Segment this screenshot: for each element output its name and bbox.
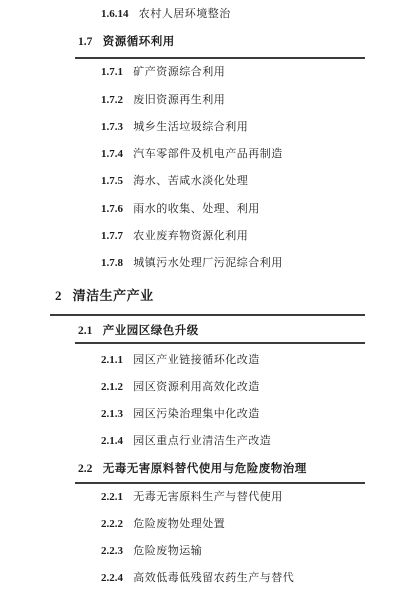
section-rule <box>75 57 365 59</box>
entry-number: 2.2.3 <box>101 545 123 557</box>
entry-number: 1.6.14 <box>101 8 129 20</box>
entry-title: 城镇污水处理厂污泥综合利用 <box>133 257 283 269</box>
catalog-entry: 2.1.2 园区资源利用高效化改造 <box>101 382 260 393</box>
entry-title: 园区产业链接循环化改造 <box>133 354 260 366</box>
entry-number: 2.2.2 <box>101 518 123 530</box>
entry-number: 1.7.3 <box>101 121 123 133</box>
entry-title: 农业废弃物资源化利用 <box>133 230 248 242</box>
section-rule <box>75 342 365 344</box>
entry-title: 无毒无害原料生产与替代使用 <box>133 491 283 503</box>
entry-title: 矿产资源综合利用 <box>133 66 225 78</box>
entry-title: 园区污染治理集中化改造 <box>133 408 260 420</box>
catalog-entry: 1.7.7 农业废弃物资源化利用 <box>101 231 248 242</box>
catalog-entry: 1.7.5 海水、苦咸水淡化处理 <box>101 176 248 187</box>
entry-title: 农村人居环境整治 <box>139 8 231 20</box>
entry-title: 危险废物运输 <box>133 545 202 557</box>
entry-title: 海水、苦咸水淡化处理 <box>133 175 248 187</box>
entry-number: 1.7.8 <box>101 257 123 269</box>
entry-number: 2 <box>55 288 62 303</box>
catalog-entry: 2.1.3 园区污染治理集中化改造 <box>101 409 260 420</box>
catalog-entry: 2.2.4 高效低毒低残留农药生产与替代 <box>101 573 294 584</box>
entry-number: 2.1.2 <box>101 381 123 393</box>
catalog-entry: 1.7.6 雨水的收集、处理、利用 <box>101 204 260 215</box>
entry-title: 雨水的收集、处理、利用 <box>133 203 260 215</box>
entry-title: 废旧资源再生利用 <box>133 94 225 106</box>
catalog-section-heading: 2.2 无毒无害原料替代使用与危险废物治理 <box>78 464 307 476</box>
entry-number: 1.7.4 <box>101 148 123 160</box>
entry-number: 2.1.1 <box>101 354 123 366</box>
entry-title: 园区重点行业清洁生产改造 <box>133 435 271 447</box>
catalog-entry: 2.1.4 园区重点行业清洁生产改造 <box>101 436 271 447</box>
catalog-section-heading: 1.7 资源循环利用 <box>78 37 175 49</box>
entry-title: 清洁生产产业 <box>73 288 154 303</box>
entry-number: 2.1.3 <box>101 408 123 420</box>
entry-number: 2.2 <box>78 463 92 475</box>
entry-number: 1.7.5 <box>101 175 123 187</box>
catalog-chapter-heading: 2 清洁生产产业 <box>55 289 154 302</box>
entry-number: 1.7.2 <box>101 94 123 106</box>
catalog-section-heading: 2.1 产业园区绿色升级 <box>78 326 199 338</box>
entry-number: 2.1 <box>78 325 92 337</box>
catalog-entry: 1.7.2 废旧资源再生利用 <box>101 95 225 106</box>
entry-number: 1.7.7 <box>101 230 123 242</box>
entry-number: 2.2.4 <box>101 572 123 584</box>
entry-title: 产业园区绿色升级 <box>103 325 199 337</box>
entry-number: 2.1.4 <box>101 435 123 447</box>
entry-number: 1.7.1 <box>101 66 123 78</box>
entry-title: 资源循环利用 <box>103 36 175 48</box>
catalog-entry: 1.6.14 农村人居环境整治 <box>101 9 231 20</box>
entry-title: 危险废物处理处置 <box>133 518 225 530</box>
section-rule <box>50 314 365 316</box>
catalog-entry: 2.2.1 无毒无害原料生产与替代使用 <box>101 492 283 503</box>
entry-title: 无毒无害原料替代使用与危险废物治理 <box>103 463 307 475</box>
entry-number: 1.7 <box>78 36 92 48</box>
section-rule <box>75 482 365 484</box>
entry-title: 高效低毒低残留农药生产与替代 <box>133 572 294 584</box>
entry-title: 城乡生活垃圾综合利用 <box>133 121 248 133</box>
catalog-entry: 2.1.1 园区产业链接循环化改造 <box>101 355 260 366</box>
entry-number: 1.7.6 <box>101 203 123 215</box>
document-page: 1.6.14 农村人居环境整治 1.7 资源循环利用 1.7.1 矿产资源综合利… <box>0 0 400 600</box>
catalog-entry: 2.2.2 危险废物处理处置 <box>101 519 225 530</box>
entry-title: 园区资源利用高效化改造 <box>133 381 260 393</box>
catalog-entry: 1.7.1 矿产资源综合利用 <box>101 67 225 78</box>
catalog-entry: 1.7.8 城镇污水处理厂污泥综合利用 <box>101 258 283 269</box>
entry-number: 2.2.1 <box>101 491 123 503</box>
catalog-entry: 1.7.3 城乡生活垃圾综合利用 <box>101 122 248 133</box>
entry-title: 汽车零部件及机电产品再制造 <box>133 148 283 160</box>
catalog-entry: 2.2.3 危险废物运输 <box>101 546 202 557</box>
catalog-entry: 1.7.4 汽车零部件及机电产品再制造 <box>101 149 283 160</box>
